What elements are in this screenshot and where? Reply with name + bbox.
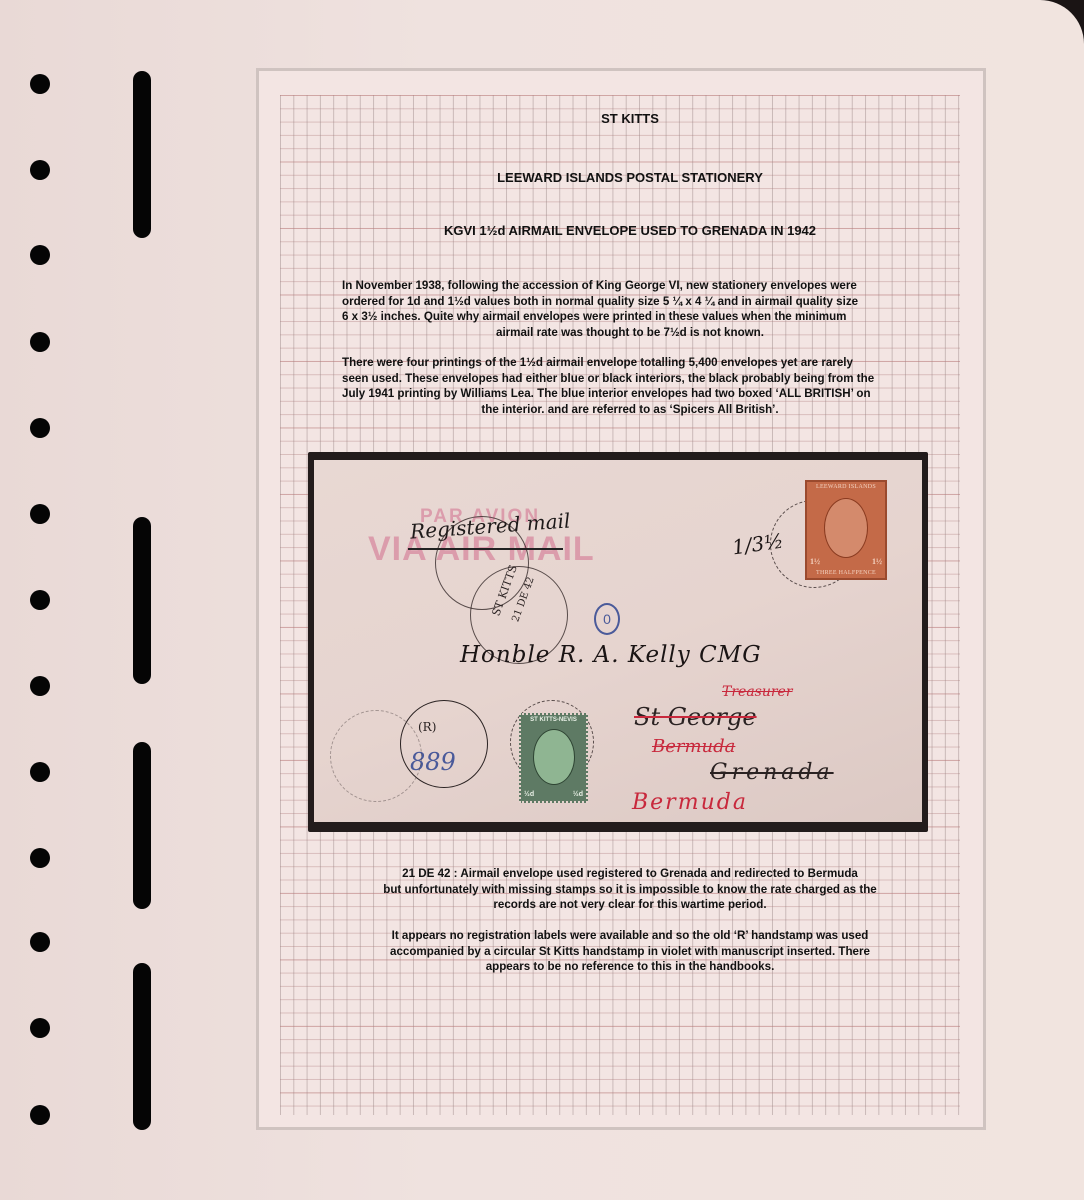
printings-paragraph: There were four printings of the 1½d air… — [300, 355, 960, 417]
binder-hole — [30, 762, 50, 782]
album-page: ST KITTS LEEWARD ISLANDS POSTAL STATIONE… — [0, 0, 1084, 1200]
address-line-6: Bermuda — [632, 790, 748, 815]
binder-hole — [30, 932, 50, 952]
binder-hole — [30, 160, 50, 180]
stamp-value-left: ½d — [524, 791, 534, 798]
binder-hole — [30, 1105, 50, 1125]
binder-slot — [133, 71, 151, 238]
intro-paragraph: In November 1938, following the accessio… — [300, 278, 960, 340]
paragraph-line: July 1941 printing by Williams Lea. The … — [300, 386, 960, 402]
binder-hole — [30, 332, 50, 352]
address-line-3: St George — [634, 703, 757, 731]
paragraph-line: In November 1938, following the accessio… — [300, 278, 960, 294]
paragraph-line: There were four printings of the 1½d air… — [300, 355, 960, 371]
page-heading: ST KITTS — [300, 111, 960, 126]
registration-letter: (R) — [418, 720, 436, 734]
address-line-4: Bermuda — [652, 736, 735, 757]
paragraph-line: the interior. and are referred to as ‘Sp… — [300, 402, 960, 418]
binder-slot — [133, 742, 151, 909]
blue-mark-text: 0 — [603, 611, 611, 627]
printed-indicium: LEEWARD ISLANDS 1½ 1½ THREE HALFPENCE — [805, 480, 887, 580]
address-line-2: Treasurer — [722, 684, 793, 700]
binder-hole — [30, 676, 50, 696]
indicium-value-left: 1½ — [810, 557, 820, 566]
binder-hole — [30, 1018, 50, 1038]
king-portrait — [824, 498, 868, 558]
indicium-bottom-text: THREE HALFPENCE — [807, 570, 885, 576]
caption-line: but unfortunately with missing stamps so… — [300, 882, 960, 898]
binder-slot — [133, 517, 151, 684]
item-title: KGVI 1½d AIRMAIL ENVELOPE USED TO GRENAD… — [300, 223, 960, 238]
paragraph-line: seen used. These envelopes had either bl… — [300, 371, 960, 387]
binder-hole — [30, 418, 50, 438]
adhesive-stamp: ST KITTS-NEVIS ½d ½d — [519, 713, 588, 803]
binder-hole — [30, 74, 50, 94]
note-line: It appears no registration labels were a… — [300, 928, 960, 944]
stamp-value-right: ½d — [573, 791, 583, 798]
paragraph-line: airmail rate was thought to be 7½d is no… — [300, 325, 960, 341]
binder-hole — [30, 504, 50, 524]
blue-mark: 0 — [594, 603, 620, 635]
caption-line: records are not very clear for this wart… — [300, 897, 960, 913]
indicium-top-text: LEEWARD ISLANDS — [807, 484, 885, 490]
caption-line: 21 DE 42 : Airmail envelope used registe… — [300, 866, 960, 882]
stamp-top-text: ST KITTS-NEVIS — [521, 717, 586, 723]
indicium-value-right: 1½ — [872, 557, 882, 566]
paragraph-line: 6 x 3½ inches. Quite why airmail envelop… — [300, 309, 960, 325]
caption: 21 DE 42 : Airmail envelope used registe… — [300, 866, 960, 913]
binder-hole — [30, 848, 50, 868]
address-line-5: Grenada — [710, 760, 834, 785]
paragraph-line: ordered for 1d and 1½d values both in no… — [300, 294, 960, 310]
king-portrait — [533, 729, 575, 785]
address-line-1: Honble R. A. Kelly CMG — [460, 642, 762, 668]
binder-hole — [30, 245, 50, 265]
binder-slot — [133, 963, 151, 1130]
note-line: appears to be no reference to this in th… — [300, 959, 960, 975]
postmark-circle — [330, 710, 422, 802]
binder-hole — [30, 590, 50, 610]
note-line: accompanied by a circular St Kitts hands… — [300, 944, 960, 960]
page-subheading: LEEWARD ISLANDS POSTAL STATIONERY — [300, 170, 960, 185]
registration-note: It appears no registration labels were a… — [300, 928, 960, 975]
